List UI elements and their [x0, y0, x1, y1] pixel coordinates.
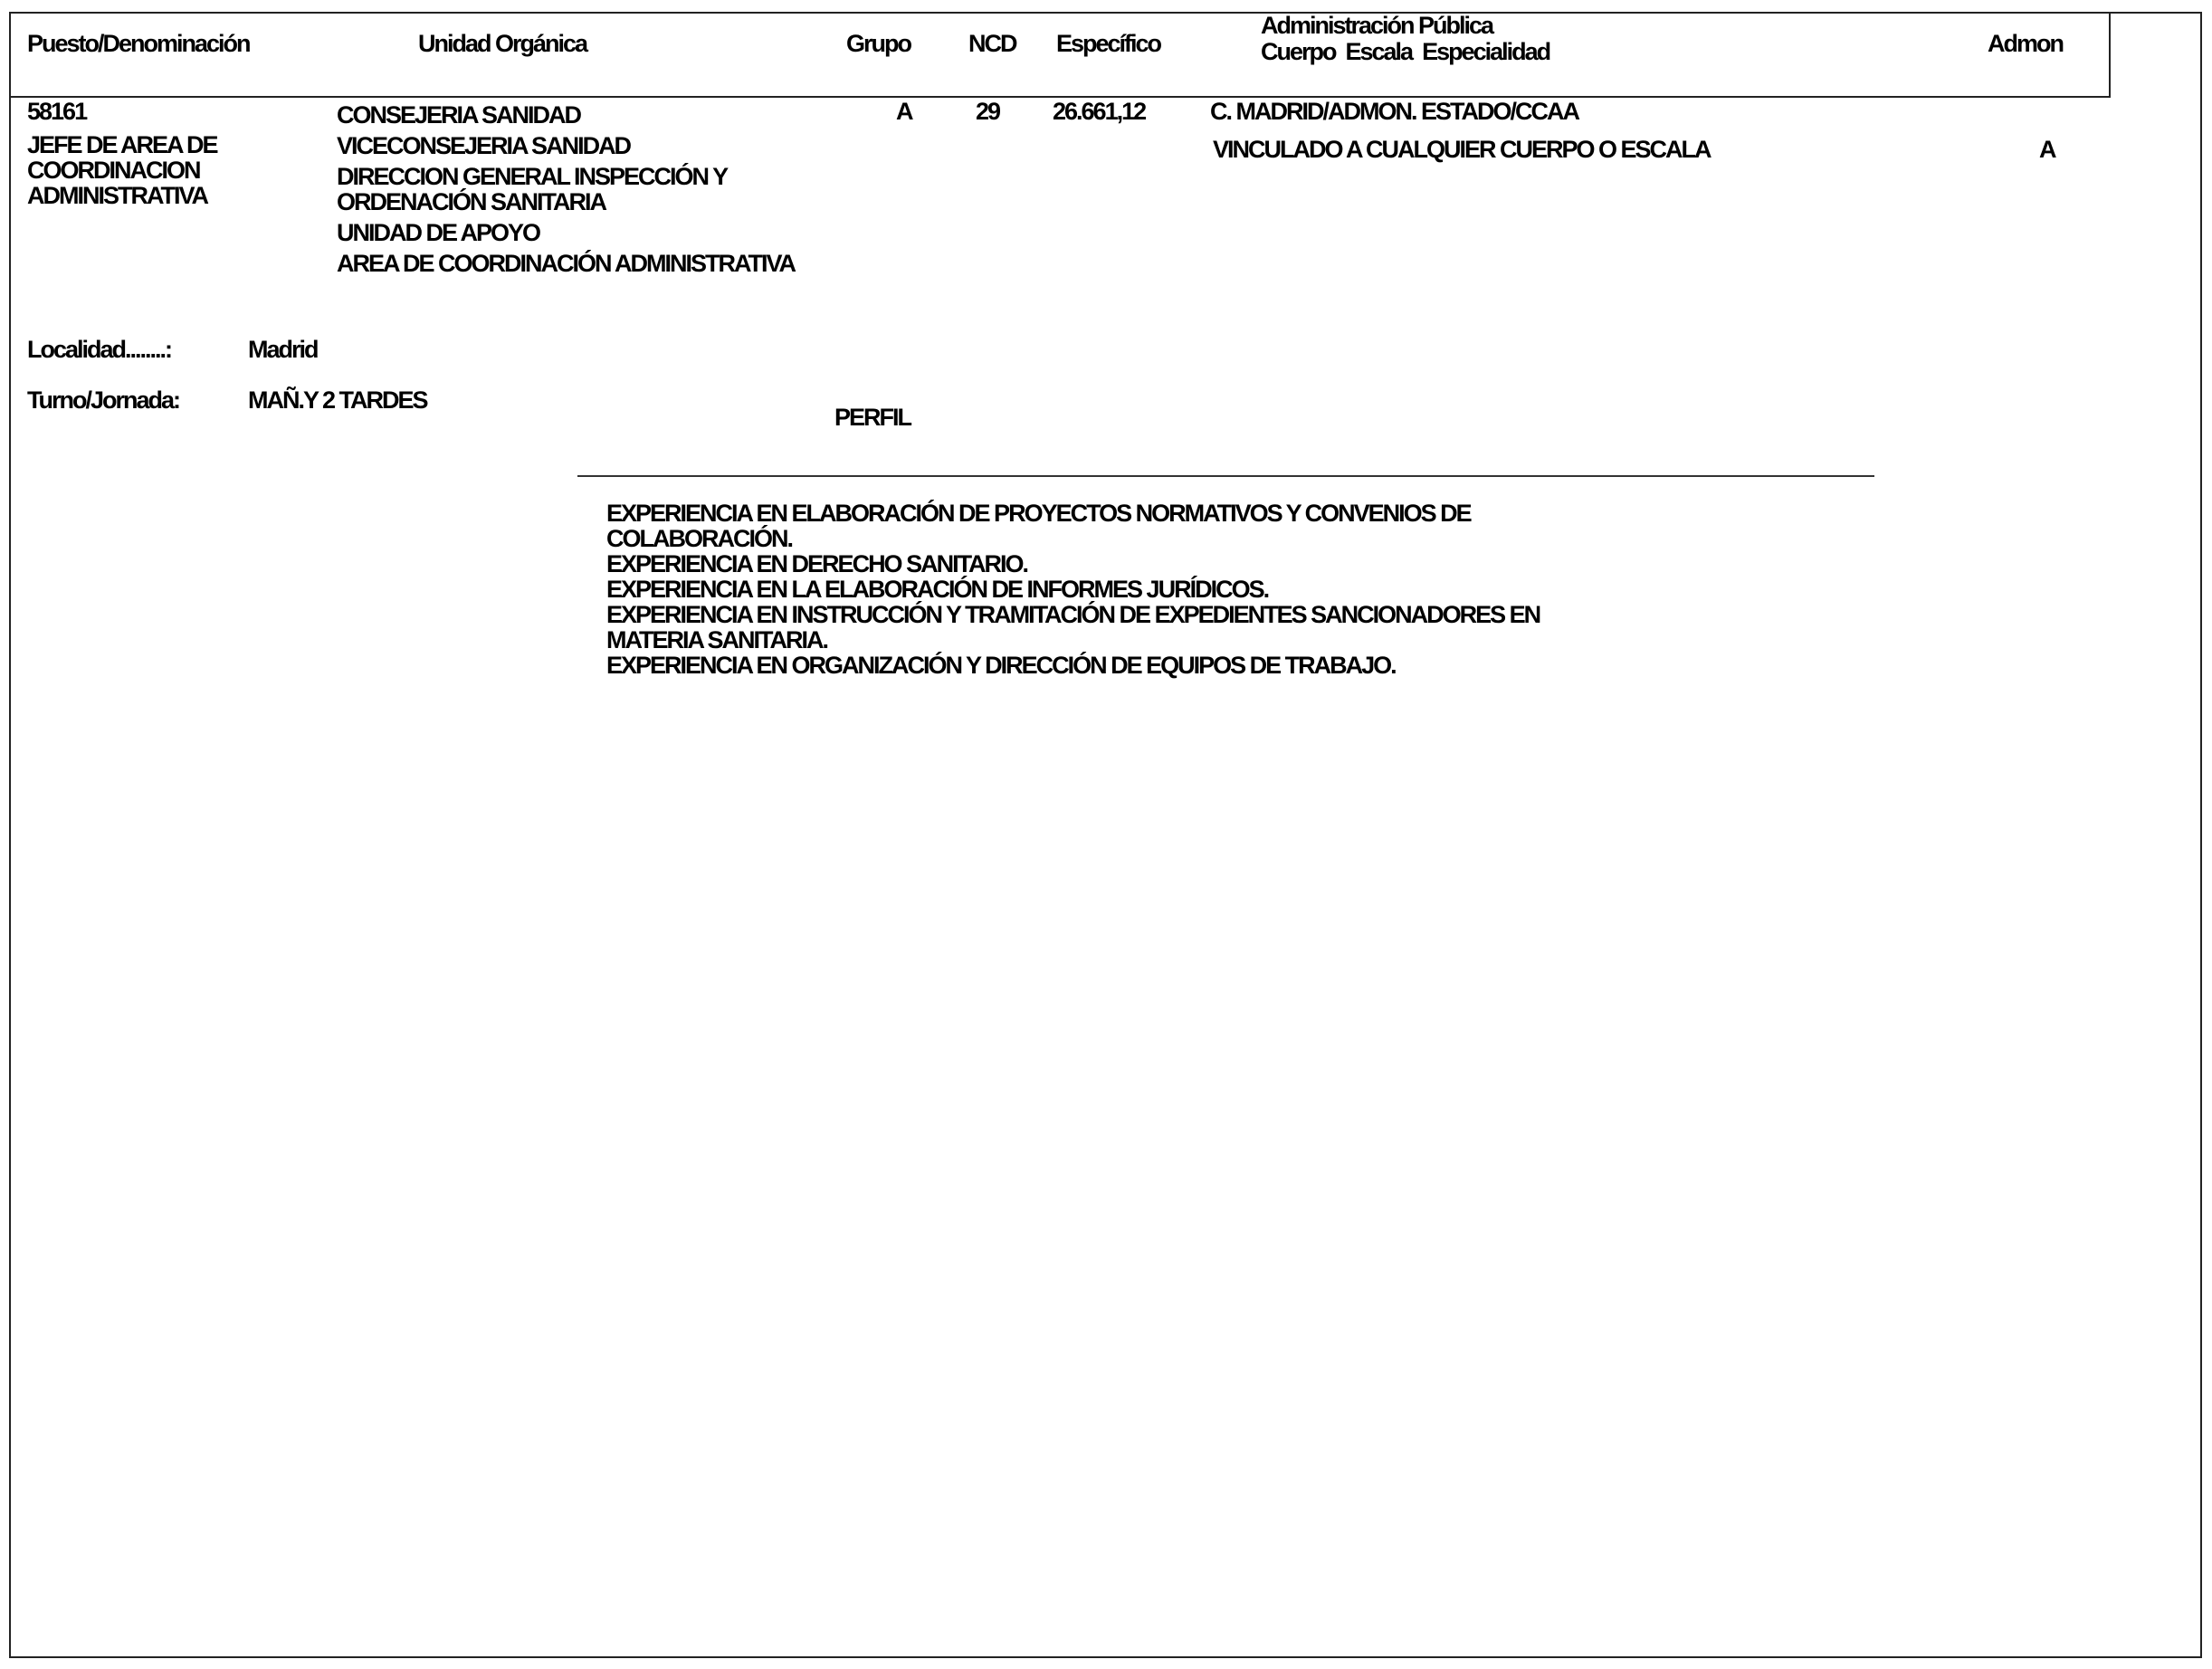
record-cuerpo: VINCULADO A CUALQUIER CUERPO O ESCALA [1213, 138, 1711, 162]
perfil-text: EXPERIENCIA EN ELABORACIÓN DE PROYECTOS … [606, 501, 1540, 678]
turno-value: MAÑ.Y 2 TARDES [248, 388, 427, 413]
perfil-divider [577, 475, 1874, 477]
record-administracion: C. MADRID/ADMON. ESTADO/CCAA [1210, 100, 1578, 124]
header-cuerpo-escala-especialidad: Cuerpo Escala Especialidad [1261, 40, 1549, 64]
record-ncd: 29 [976, 100, 999, 124]
unidad-line: VICECONSEJERIA SANIDAD [337, 133, 807, 158]
header-grupo: Grupo [846, 32, 911, 56]
header-puesto: Puesto/Denominación [27, 32, 250, 56]
localidad-value: Madrid [248, 338, 318, 362]
record-grupo: A [896, 100, 912, 124]
unidad-line: CONSEJERIA SANIDAD [337, 102, 807, 128]
record-unidad-organica: CONSEJERIA SANIDAD VICECONSEJERIA SANIDA… [337, 102, 807, 276]
header-unidad-organica: Unidad Orgánica [418, 32, 586, 56]
localidad-label: Localidad........: [27, 338, 171, 362]
header-ncd: NCD [968, 32, 1016, 56]
record-codigo: 58161 [27, 100, 86, 124]
record-denominacion: JEFE DE AREA DE COORDINACION ADMINISTRAT… [27, 132, 253, 208]
record-admon: A [2039, 138, 2055, 162]
record-especifico: 26.661,12 [1053, 100, 1145, 124]
header-administracion-publica: Administración Pública [1261, 14, 1492, 38]
turno-label: Turno/Jornada: [27, 388, 179, 413]
unidad-line: AREA DE COORDINACIÓN ADMINISTRATIVA [337, 251, 807, 276]
header-especifico: Específico [1056, 32, 1160, 56]
header-admon: Admon [1988, 32, 2063, 56]
unidad-line: DIRECCION GENERAL INSPECCIÓN Y ORDENACIÓ… [337, 164, 807, 215]
unidad-line: UNIDAD DE APOYO [337, 220, 807, 245]
perfil-title: PERFIL [834, 405, 911, 430]
